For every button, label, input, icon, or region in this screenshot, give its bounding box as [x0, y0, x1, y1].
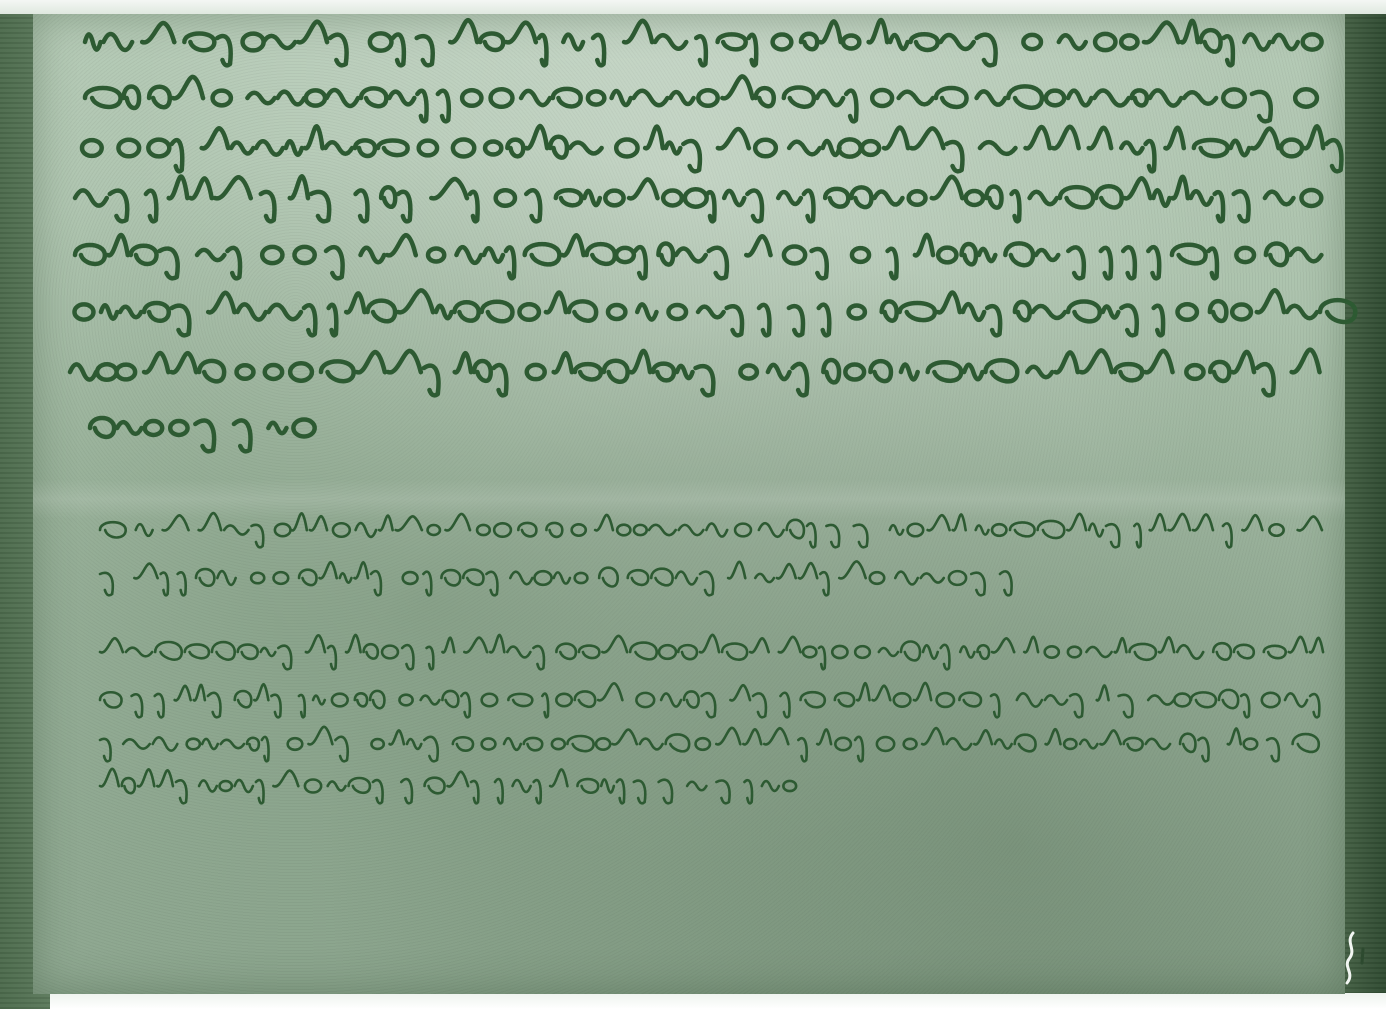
handwritten-line	[33, 284, 1345, 340]
folio-mark	[1333, 929, 1373, 989]
handwritten-line	[33, 70, 1345, 126]
handwritten-line	[33, 556, 1345, 600]
handwritten-line	[33, 344, 1345, 400]
handwritten-line	[33, 722, 1345, 766]
manuscript-sheet: Javanese-style cursive (not transcribabl…	[33, 14, 1345, 994]
handwritten-line	[33, 227, 1345, 283]
handwritten-line	[33, 630, 1345, 674]
top-paper-edge	[0, 0, 1386, 14]
handwritten-line	[33, 678, 1345, 722]
handwritten-line	[33, 508, 1345, 552]
handwritten-line	[33, 170, 1345, 226]
handwritten-line	[33, 400, 1345, 456]
handwritten-line	[33, 120, 1345, 176]
handwritten-line	[33, 14, 1345, 70]
bottom-paper-edge	[50, 993, 1386, 1009]
handwritten-line	[33, 764, 1345, 808]
